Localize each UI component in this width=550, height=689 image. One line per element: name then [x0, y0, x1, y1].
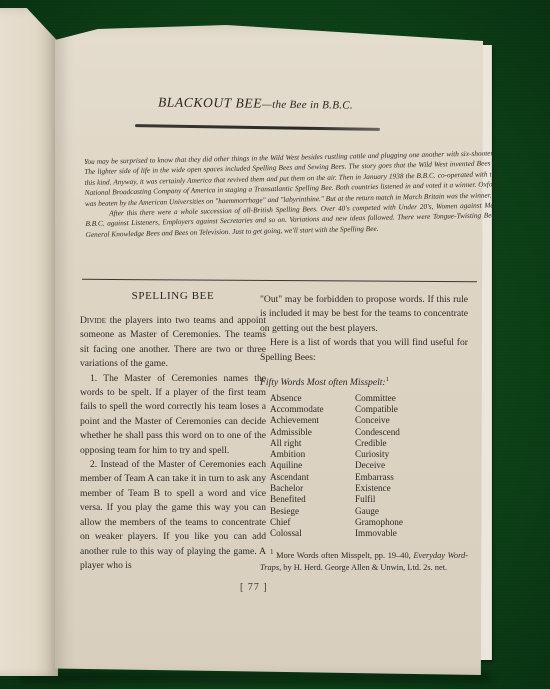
- word-list-title-text: Fifty Words Most often Misspelt:: [260, 377, 386, 388]
- word-item: Credible: [355, 438, 455, 449]
- word-item: Committee: [355, 393, 455, 404]
- body-paragraph: Here is a list of words that you will fi…: [260, 336, 468, 365]
- left-facing-page-edge: [0, 8, 58, 676]
- word-item: Achievement: [270, 415, 355, 426]
- word-item: Deceive: [355, 460, 455, 471]
- body-paragraph: Divide the players into two teams and ap…: [80, 314, 266, 372]
- word-list-title: Fifty Words Most often Misspelt:1: [260, 373, 468, 391]
- body-paragraph: 2. Instead of the Master of Ceremonies e…: [80, 458, 266, 573]
- footnote: 1 More Words often Misspelt, pp. 19–40, …: [260, 547, 468, 573]
- word-item: Gauge: [355, 506, 455, 517]
- word-item: Compatible: [355, 404, 455, 415]
- section-heading: SPELLING BEE: [80, 288, 266, 304]
- paragraph-text: the players into two teams and appoint s…: [80, 315, 266, 369]
- word-item: Curiosity: [355, 449, 455, 460]
- word-item: Fulfil: [355, 494, 455, 505]
- word-item: All right: [270, 438, 355, 449]
- word-item: Absence: [270, 393, 355, 404]
- intro-paragraph: You may be surprised to know that they d…: [84, 148, 499, 209]
- word-item: Aquiline: [270, 460, 355, 471]
- word-item: Admissible: [270, 427, 355, 438]
- word-item: Gramophone: [355, 517, 455, 528]
- page-number: [ 77 ]: [240, 582, 268, 593]
- word-item: Besiege: [270, 506, 355, 517]
- word-item: Benefited: [270, 494, 355, 505]
- footnote-text: More Words often Misspelt, pp. 19–40,: [274, 551, 414, 560]
- word-item: Embarrass: [355, 472, 455, 483]
- word-item: Condescend: [355, 427, 455, 438]
- lead-word: Divide: [80, 315, 106, 326]
- word-item: Existence: [355, 483, 455, 494]
- right-column: "Out" may be forbidden to propose words.…: [260, 293, 468, 573]
- word-item: Conceive: [355, 415, 455, 426]
- word-item: Accommodate: [270, 404, 355, 415]
- word-item: Bachelor: [270, 483, 355, 494]
- title-subtitle: —the Bee in B.B.C.: [262, 99, 353, 112]
- word-item: Immovable: [355, 528, 455, 539]
- word-item: Colossal: [270, 528, 355, 539]
- body-paragraph: 1. The Master of Ceremonies names the wo…: [80, 372, 266, 458]
- footnote-text: by H. Herd. George Allen & Unwin, Ltd. 2…: [281, 563, 447, 572]
- body-paragraph: "Out" may be forbidden to propose words.…: [260, 293, 468, 336]
- intro-block: You may be surprised to know that they d…: [84, 148, 500, 240]
- word-list: AbsenceCommittee AccommodateCompatible A…: [270, 393, 468, 540]
- footnote-marker: 1: [386, 376, 389, 383]
- word-item: Chief: [270, 517, 355, 528]
- page-title: BLACKOUT BEE—the Bee in B.B.C.: [158, 95, 438, 114]
- word-item: Ascendant: [270, 472, 355, 483]
- title-main: BLACKOUT BEE: [158, 95, 262, 111]
- left-column: SPELLING BEE Divide the players into two…: [80, 288, 266, 573]
- word-item: Ambition: [270, 449, 355, 460]
